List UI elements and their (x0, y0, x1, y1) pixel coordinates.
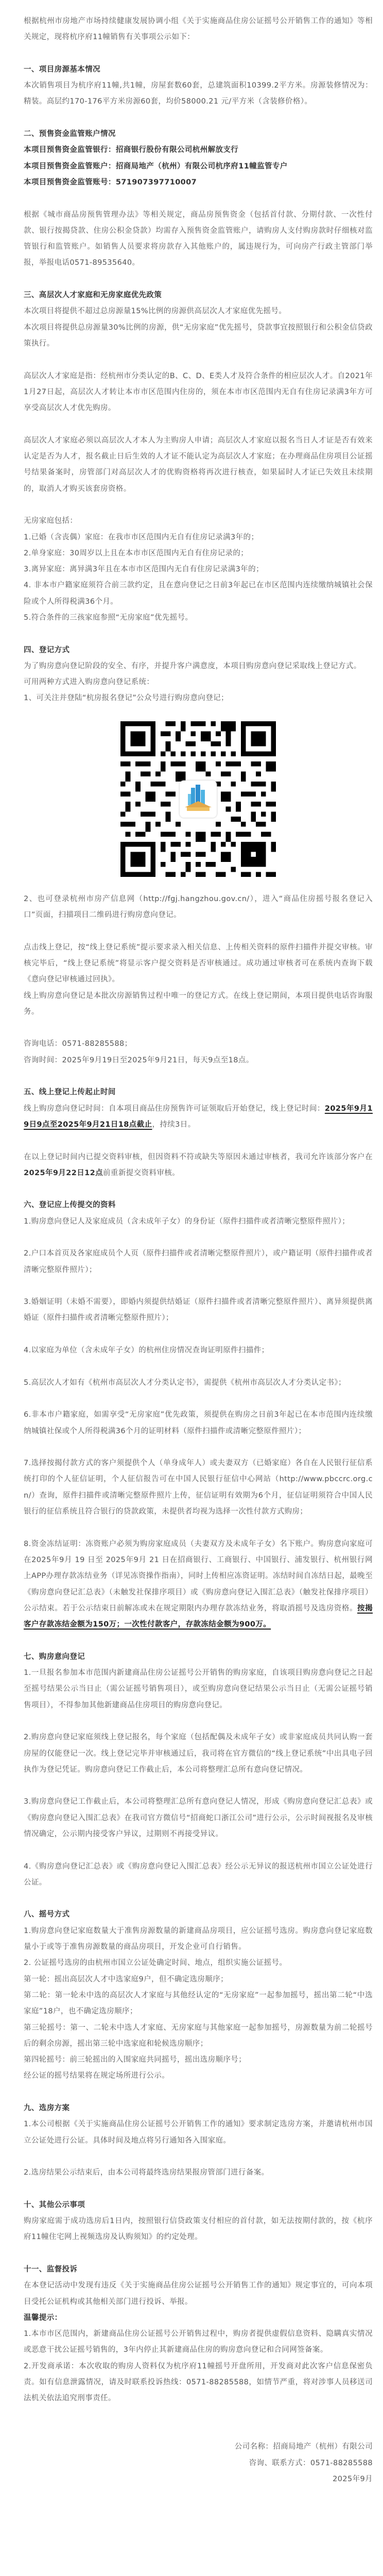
talent-definition-paragraph: 高层次人才家庭是指：经杭州市分类认定的B、C、D、E类人才及符合条件的相应层次人… (24, 368, 373, 417)
talent-quota-paragraph: 本次项目将提供不超过总房源量15%比例的房源供高层次人才家庭优先摇号。 (24, 303, 373, 319)
section-9-heading: 九、选房方案 (24, 2100, 373, 2116)
nohome-list-item: 2.单身家庭：30周岁以上且在本市市区范围内无自有住房记录的； (24, 546, 373, 562)
supervision-bank-value: 招商银行股份有限公司杭州解放支行 (116, 146, 238, 154)
lottery-line: 1.购房意向登记家庭数量大于准售房源数量的新建商品房项目，应公证摇号选房。购房意… (24, 1923, 373, 1956)
lottery-round-1: 第一轮：摇出高层次人才中选家庭9户，但不确定选房顺序； (24, 1972, 373, 1988)
section-8-heading: 八、摇号方式 (24, 1907, 373, 1923)
supervision-number-value: 571907397710007 (116, 178, 197, 187)
section-10-heading: 十、其他公示事项 (24, 2197, 373, 2213)
registration-process-paragraph: 点击线上登记，按“线上登记系统”提示要求录入相关信息、上传相关资料的原件扫描件并… (24, 940, 373, 988)
materials-item: 4.以家庭为单位（含未成年子女）的杭州住房情况查询证明原件扫描件； (24, 1343, 373, 1359)
resubmission-paragraph: 在以上登记时间内已提交资料审核，但因资料不符或缺失等原因未通过审核者，我司允许该… (24, 1149, 373, 1182)
registration-method-2: 2、也可登录杭州市房产信息网（http://fgj.hangzhou.gov.c… (24, 891, 373, 924)
signature-company: 公司名称：招商局地产（杭州）有限公司 (24, 2439, 373, 2455)
complaint-paragraph: 在本登记活动中发现有违反《关于实施商品住房公证摇号公开销售工作的通知》规定事宜的… (24, 2278, 373, 2310)
fund-freeze-text: 8.资金冻结证明：冻资账户必须为购房家庭成员（夫妻双方及未成年子女）名下账户。购… (24, 1540, 373, 1613)
materials-item: 7.选择按揭付款方式的客户须提供个人（单身成年人）或夫妻双方（已婚家庭）各自在人… (24, 1455, 373, 1520)
intent-registration-item: 3.购房意向登记工作截止后，本公司将整理汇总所有意向登记人情况，形成《购房意向登… (24, 1794, 373, 1842)
supervision-account-line: 本项目预售资金监管账户：招商局地产（杭州）有限公司杭序府11幢监管专户 (24, 159, 373, 175)
section-1-heading: 一、项目房源基本情况 (24, 62, 373, 78)
materials-item: 6.非本市户籍家庭，如需享受“无房家庭”优先政策，须提供在购房之日前3年起已在本… (24, 1407, 373, 1439)
registration-exclusive-paragraph: 线上购房意向登记是本批次房源销售过程中唯一的登记方式。在线上登记期间，本项目提供… (24, 988, 373, 1021)
resubmission-text-end: 前重新提交资料审核。 (103, 1169, 180, 1177)
registration-period-duration: ，持续3日。 (152, 1121, 195, 1129)
section-2-heading: 二、预售资金监管账户情况 (24, 126, 373, 142)
section-11-heading: 十一、监督投诉 (24, 2262, 373, 2278)
nohome-list-item: 5.符合条件的三孩家庭参照“无房家庭”优先摇号。 (24, 610, 373, 626)
intent-registration-item: 2.购房意向登记家庭须线上登记报名，每个家庭（包括配偶及未成年子女）或非家庭成员… (24, 1730, 373, 1778)
registration-method-1: 1、可关注并登陆“杭房报名登记”公众号进行购房意向登记； (24, 690, 373, 706)
section-6-heading: 六、登记应上传提交的资料 (24, 1197, 373, 1213)
materials-item: 5.高层次人才如有《杭州市高层次人才分类认定书》，需提供《杭州市高层次人才分类认… (24, 1375, 373, 1391)
consult-phone: 咨询电话：0571-88285588； (24, 1036, 373, 1052)
tip-item: 2.开发商承诺：本次收取的购房人资料仅为杭序府11幢摇号开盘所用，开发商对此次客… (24, 2359, 373, 2407)
resubmission-deadline: 2025年9月22日12点 (24, 1169, 103, 1177)
supervision-bank-label: 本项目预售资金监管银行： (24, 146, 116, 154)
registration-period-paragraph: 线上购房意向登记时间：自本项目商品住房预售许可证领取后开始登记，线上登记时间：2… (24, 1101, 373, 1133)
section-3-heading: 三、高层次人才家庭和无房家庭优先政策 (24, 287, 373, 303)
selection-plan-item: 2.选房结果公示结束后，由本公司将最终选房结果报房管部门进行备案。 (24, 2165, 373, 2181)
lottery-round-2: 第二轮：第一轮未中选的高层次人才家庭与其他经认定的“无房家庭”一起参加摇号，摇出… (24, 1988, 373, 2020)
materials-item: 1.购房意向登记人及家庭成员（含未成年子女）的身份证（原件扫描件或者清晰完整原件… (24, 1214, 373, 1230)
section-5-heading: 五、线上登记上传起止时间 (24, 1084, 373, 1100)
section-1-body: 本次销售项目为杭序府11幢,共1幢，房屋套数60套，总建筑面积10399.2平方… (24, 78, 373, 110)
materials-item: 3.婚姻证明（未婚不需要），即婚内须提供结婚证（原件扫描件或者清晰完整原件照片）… (24, 1294, 373, 1327)
announcement-document: 根据杭州市房地产市场持续健康发展协调小组《关于实施商品住房公证摇号公开销售工作的… (0, 0, 383, 2500)
building-logo-icon (180, 781, 217, 818)
intent-registration-item: 1.一旦报名参加本市范围内新建商品住房公证摇号公开销售的购房家庭，自该项目购房意… (24, 1665, 373, 1714)
registration-period-text: 线上购房意向登记时间：自本项目商品住房预售许可证领取后开始登记，线上登记时间： (24, 1105, 325, 1113)
supervision-number-line: 本项目预售资金监管账号：571907397710007 (24, 175, 373, 191)
section-7-heading: 七、购房意向登记 (24, 1649, 373, 1665)
nohome-quota-paragraph: 本次项目将提供总房源量30%比例的房源，供“无房家庭”优先摇号，贷款事宜按照银行… (24, 320, 373, 352)
consult-hours: 咨询时间：2025年9月19日至2025年9月21日，每天9点至18点。 (24, 1053, 373, 1069)
lottery-round-3: 第三轮摇号：第一、二轮未中选人才家庭、无房家庭与其他家庭一起参加摇号，房源数量为… (24, 2020, 373, 2053)
tips-title: 温馨提示： (24, 2310, 373, 2326)
registration-intro: 为了购房意向登记阶段的安全、有序，并提升客户满意度，本项目购房意向登记采取线上登… (24, 658, 373, 674)
resubmission-text: 在以上登记时间内已提交资料审核，但因资料不符或缺失等原因未通过审核者，我司允许该… (24, 1153, 373, 1161)
supervision-account-value: 招商局地产（杭州）有限公司杭序府11幢监管专户 (116, 162, 288, 171)
intro-paragraph: 根据杭州市房地产市场持续健康发展协调小组《关于实施商品住房公证摇号公开销售工作的… (24, 13, 373, 46)
lottery-result-note: 经公证的摇号结果将在规定场所进行公示。 (24, 2068, 373, 2084)
other-notice-paragraph: 购房家庭需于成功选房后1日内，按照银行信贷政策支付相应的首付款，如无法按期付款的… (24, 2213, 373, 2246)
supervision-account-label: 本项目预售资金监管账户： (24, 162, 116, 171)
nohome-list-item: 4. 非本市户籍家庭须符合前三款约定，且在意向登记之日前3年起已在市区范围内连续… (24, 578, 373, 610)
supervision-bank-line: 本项目预售资金监管银行：招商银行股份有限公司杭州解放支行 (24, 142, 373, 158)
supervision-number-label: 本项目预售资金监管账号： (24, 178, 116, 187)
signature-date: 2025年9月 (24, 2471, 373, 2487)
section-2-note: 根据《城市商品房预售管理办法》等相关规定，商品房预售资金（包括首付款、分期付款、… (24, 207, 373, 272)
intent-registration-item: 4.《购房意向登记汇总表》或《购房意向登记入围汇总表》经公示无异议的报送杭州市国… (24, 1859, 373, 1891)
qr-code-container (24, 707, 373, 891)
signature-contact: 咨询、联系方式：0571-88285588 (24, 2455, 373, 2471)
materials-item: 2.户口本首页及各家庭成员个人页（原件扫描件或者清晰完整原件照片），或户籍证明（… (24, 1246, 373, 1278)
section-4-heading: 四、登记方式 (24, 642, 373, 658)
tip-item: 1.本市市区范围内，新建商品住房公证摇号公开销售过程中，购房者提供虚假信息资料、… (24, 2326, 373, 2359)
nohome-list-title: 无房家庭包括： (24, 513, 373, 529)
selection-plan-item: 1.本公司根据《关于实施商品住房公证摇号公开销售工作的通知》要求制定选房方案，并… (24, 2116, 373, 2149)
nohome-list-item: 3.离异家庭：离异满3年且在本市市区范围内无自有住房记录满3年的； (24, 562, 373, 578)
nohome-list-item: 1.已婚（含丧偶）家庭：在我市市区范围内无自有住房记录满3年的； (24, 530, 373, 546)
qr-code-image[interactable] (115, 716, 281, 882)
lottery-round-4: 第四轮摇号：前三轮摇出的入围家庭共同摇号，摇出选房顺序号； (24, 2052, 373, 2068)
lottery-line: 2. 公证摇号选房的由杭州市国立公证处确定时间、地点，组织实施公证摇号。 (24, 1955, 373, 1971)
registration-methods-title: 可用两种方式进入购房意向登记系统： (24, 674, 373, 690)
materials-item-fund-freeze: 8.资金冻结证明：冻资账户必须为购房家庭成员（夫妻双方及未成年子女）名下账户。购… (24, 1536, 373, 1633)
talent-rules-paragraph: 高层次人才家庭必须以高层次人才本人为主购房人申请；高层次人才家庭以报名当日人才证… (24, 433, 373, 497)
